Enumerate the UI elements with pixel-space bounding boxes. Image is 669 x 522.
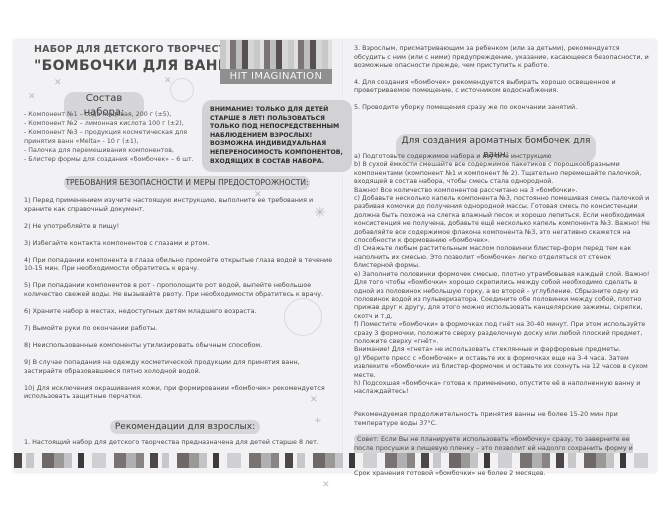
stripe-bar bbox=[114, 453, 126, 468]
stripe-bar bbox=[84, 453, 92, 468]
star-icon: ✕ bbox=[322, 480, 330, 490]
list-item: 3) Избегайте контакта компонентов с глаз… bbox=[24, 239, 334, 248]
stripe-bar bbox=[305, 453, 313, 468]
stripe-bar bbox=[461, 453, 471, 468]
list-item: 1) Перед применением изучите настоящую и… bbox=[24, 196, 334, 213]
stripe-bar bbox=[297, 453, 305, 468]
list-item: - Компонент №3 – продукция косметическая… bbox=[24, 128, 214, 146]
stripe-bar bbox=[64, 453, 72, 468]
list-item: g) Уберите пресс с «бомбочек» и оставьте… bbox=[354, 355, 650, 380]
list-item: - Компонент №2 – лимонная кислота 100 г … bbox=[24, 119, 214, 128]
decorative-stripe bbox=[14, 453, 656, 468]
list-item: 4. Для создания «бомбочек» рекомендуется… bbox=[354, 78, 650, 95]
stripe-bar bbox=[227, 453, 241, 468]
stripe-bar bbox=[421, 453, 429, 468]
stripe-bar bbox=[26, 453, 34, 468]
instruction-sheet: НАБОР ДЛЯ ДЕТСКОГО ТВОРЧЕСТВА "БОМБОЧКИ … bbox=[14, 40, 656, 472]
stripe-bar bbox=[136, 453, 144, 468]
stripe-bar bbox=[490, 453, 498, 468]
adults-heading: Рекомендации для взрослых: bbox=[110, 420, 260, 434]
list-item: 8) Неиспользованные компоненты утилизиро… bbox=[24, 341, 334, 350]
list-item: 5) При попадании компонентов в рот - про… bbox=[24, 281, 334, 298]
list-item: h) Подсохшая «бомбочка» готова к примене… bbox=[354, 380, 650, 397]
stripe-bar bbox=[626, 453, 634, 468]
stripe-bar bbox=[241, 453, 249, 468]
list-item: c) Добавьте несколько капель компонента … bbox=[354, 195, 650, 245]
composition-list: - Компонент №1 – сода пищевая, 200 г (±5… bbox=[24, 110, 214, 164]
stripe-bar bbox=[106, 453, 114, 468]
list-item: 10) Для исключения окрашивания кожи, при… bbox=[24, 384, 334, 401]
list-item: Важно! Все количество компонентов рассчи… bbox=[354, 187, 650, 195]
brand-banner: HIT IMAGINATION bbox=[220, 40, 332, 84]
stripe-bar bbox=[313, 453, 325, 468]
list-item: 6) Храните набор в местах, недоступных д… bbox=[24, 307, 334, 316]
list-item: - Компонент №1 – сода пищевая, 200 г (±5… bbox=[24, 110, 214, 119]
stripe-bar bbox=[325, 453, 335, 468]
stripe-bar bbox=[177, 453, 189, 468]
star-icon: ✕ bbox=[54, 78, 62, 88]
stripe-bar bbox=[363, 453, 377, 468]
age-warning: ВНИМАНИЕ! ТОЛЬКО ДЛЯ ДЕТЕЙ СТАРШЕ 8 ЛЕТ!… bbox=[202, 100, 352, 172]
stripe-bar bbox=[470, 453, 478, 468]
list-item: 7) Вымойте руки по окончании работы. bbox=[24, 324, 334, 333]
stripe-bar bbox=[568, 453, 576, 468]
stripe-bar bbox=[219, 453, 227, 468]
stripe-bar bbox=[576, 453, 584, 468]
stripe-bar bbox=[335, 453, 343, 468]
list-item: 4) При попадании компонента в глаза обил… bbox=[24, 256, 334, 273]
list-item: 9) В случае попадания на одежду косметич… bbox=[24, 358, 334, 375]
shelf-life-note: Срок хранения готовой «бомбочки» не боле… bbox=[354, 469, 650, 478]
stripe-bar bbox=[14, 453, 22, 468]
stripe-bar bbox=[556, 453, 564, 468]
brand-label: HIT IMAGINATION bbox=[220, 69, 332, 84]
stripe-bar bbox=[441, 453, 449, 468]
stripe-bar bbox=[199, 453, 207, 468]
stripe-bar bbox=[169, 453, 177, 468]
stripe-bar bbox=[397, 453, 407, 468]
stripe-bar bbox=[498, 453, 512, 468]
stripe-bar bbox=[377, 453, 385, 468]
stripe-bar bbox=[150, 453, 158, 468]
kit-subtitle: НАБОР ДЛЯ ДЕТСКОГО ТВОРЧЕСТВА bbox=[34, 44, 240, 55]
safety-heading: ТРЕБОВАНИЯ БЕЗОПАСНОСТИ И МЕРЫ ПРЕДОСТОР… bbox=[64, 176, 310, 190]
list-item: 1. Настоящий набор для детского творчест… bbox=[24, 438, 334, 447]
stripe-bar bbox=[520, 453, 532, 468]
list-item: f) Поместите «бомбочки» в формочках под … bbox=[354, 321, 650, 346]
stripe-bar bbox=[606, 453, 614, 468]
star-icon: ✕ bbox=[28, 92, 36, 102]
stripe-bar bbox=[285, 453, 293, 468]
stripe-bar bbox=[261, 453, 271, 468]
stripe-bar bbox=[34, 453, 42, 468]
list-item: b) В сухой ёмкости смешайте все содержим… bbox=[354, 161, 650, 186]
star-icon: + bbox=[314, 416, 322, 426]
stripe-bar bbox=[42, 453, 54, 468]
stripe-bar bbox=[385, 453, 397, 468]
stripe-bar bbox=[249, 453, 261, 468]
stripe-bar bbox=[542, 453, 550, 468]
safety-list: 1) Перед применением изучите настоящую и… bbox=[24, 196, 334, 409]
stripe-bar bbox=[648, 453, 656, 468]
doodle-icon bbox=[170, 78, 194, 102]
stripe-bar bbox=[512, 453, 520, 468]
list-item: 2) Не употребляйте в пищу! bbox=[24, 222, 334, 231]
list-item: - Блистер формы для создания «бомбочек» … bbox=[24, 155, 214, 164]
list-item: - Палочка для перемешивания компонентов, bbox=[24, 146, 214, 155]
stripe-bar bbox=[126, 453, 136, 468]
stripe-bar bbox=[162, 453, 170, 468]
stripe-bar bbox=[189, 453, 199, 468]
list-item: 3. Взрослым, присматривающим за ребенком… bbox=[354, 44, 650, 70]
adult-list-continued: 3. Взрослым, присматривающим за ребенком… bbox=[354, 44, 650, 119]
list-item: d) Смажьте любым растительным маслом пол… bbox=[354, 245, 650, 270]
stripe-bar bbox=[355, 453, 363, 468]
stripe-bar bbox=[532, 453, 542, 468]
footer-notes: Рекомендуемая продолжительность принятия… bbox=[354, 410, 650, 485]
recipe-steps: a) Подготовьте содержимое набора и изучи… bbox=[354, 153, 650, 397]
list-item: Внимание! Для «гнета» не использовать ст… bbox=[354, 346, 650, 354]
stripe-bar bbox=[584, 453, 596, 468]
list-item: e) Заполните половинки формочек смесью, … bbox=[354, 271, 650, 321]
stripe-bar bbox=[596, 453, 606, 468]
stripe-bar bbox=[54, 453, 64, 468]
list-item: 5. Проводите уборку помещения сразу же п… bbox=[354, 103, 650, 112]
stripe-bar bbox=[92, 453, 106, 468]
stripe-bar bbox=[449, 453, 461, 468]
stripe-bar bbox=[433, 453, 441, 468]
stripe-bar bbox=[271, 453, 279, 468]
stripe-bar bbox=[634, 453, 648, 468]
stripe-bar bbox=[407, 453, 415, 468]
bath-duration-note: Рекомендуемая продолжительность принятия… bbox=[354, 410, 650, 427]
